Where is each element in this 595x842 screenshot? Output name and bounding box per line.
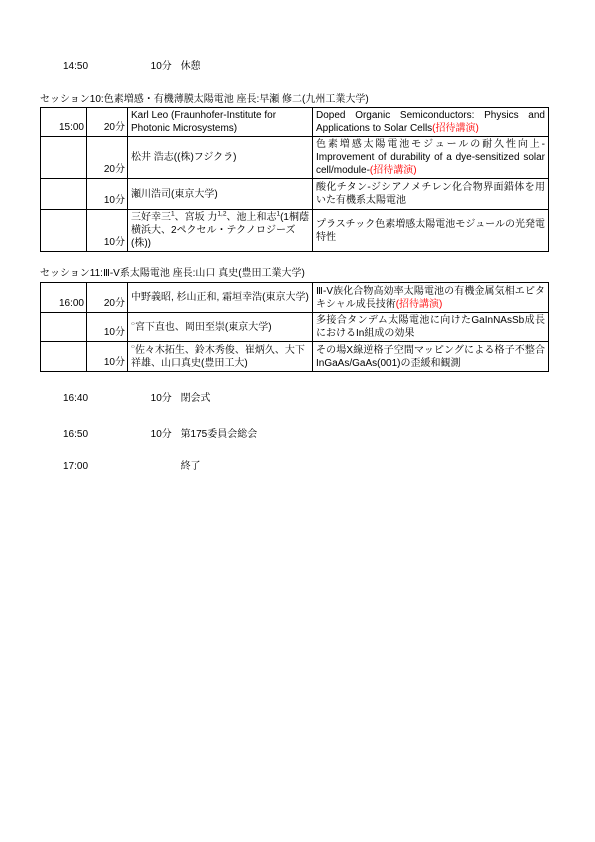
- invited-talk-tag: (招待講演): [370, 165, 417, 176]
- text-run: 、宮坂 力: [175, 212, 218, 223]
- text-run: 色素増感太陽電池モジュールの耐久性向上-Improvement of durab…: [316, 139, 545, 176]
- time-label: 17:00: [63, 461, 87, 473]
- event-label: 休憩: [181, 61, 201, 73]
- duration-cell: 10分: [87, 313, 128, 342]
- schedule-line-closing: 16:40 10分 閉会式: [63, 393, 211, 405]
- conference-program-page: 14:50 10分 休憩 セッション10:色素増感・有機薄膜太陽電池 座長:早瀬…: [0, 0, 595, 842]
- speaker-cell: ○宮下直也、岡田至崇(東京大学): [128, 313, 313, 342]
- talk-row: 10分 三好幸三1、宮坂 力1,2、池上和志1(1桐蔭横浜大、2ペクセル・テクノ…: [41, 210, 549, 252]
- time-cell: [41, 342, 87, 372]
- talk-row: 10分 瀬川浩司(東京大学) 酸化チタン-ジシアノメチレン化合物界面錯体を用いた…: [41, 179, 549, 210]
- talk-title-cell: Ⅲ-V族化合物高効率太陽電池の有機金属気相エピタキシャル成長技術(招待講演): [313, 283, 549, 313]
- session-10-table: 15:00 20分 Karl Leo (Fraunhofer-Institute…: [40, 107, 549, 252]
- text-run: 松井 浩志((株)フジクラ): [131, 152, 237, 163]
- speaker-cell: 松井 浩志((株)フジクラ): [128, 137, 313, 179]
- text-run: 宮下直也、岡田至崇(東京大学): [135, 322, 272, 333]
- time-label: 16:50: [63, 429, 87, 441]
- talk-title-cell: プラスチック色素増感太陽電池モジュールの光発電特性: [313, 210, 549, 252]
- text-run: Karl Leo (Fraunhofer-Institute for Photo…: [131, 110, 276, 134]
- schedule-line-end: 17:00 終了: [63, 461, 201, 473]
- text-run: 三好幸三: [131, 212, 171, 223]
- speaker-cell: 三好幸三1、宮坂 力1,2、池上和志1(1桐蔭横浜大、2ペクセル・テクノロジーズ…: [128, 210, 313, 252]
- text-run: 佐々木拓生、鈴木秀俊、崔炳久、大下祥雄、山口真史(豊田工大): [131, 345, 305, 369]
- event-label: 閉会式: [181, 393, 211, 405]
- speaker-cell: 中野義昭, 杉山正和, 霜垣幸浩(東京大学): [128, 283, 313, 313]
- time-label: 16:40: [63, 393, 87, 405]
- talk-title-cell: 色素増感太陽電池モジュールの耐久性向上-Improvement of durab…: [313, 137, 549, 179]
- speaker-cell: Karl Leo (Fraunhofer-Institute for Photo…: [128, 108, 313, 137]
- talk-title-cell: その場X線逆格子空間マッピングによる格子不整合InGaAs/GaAs(001)の…: [313, 342, 549, 372]
- duration-label: 10分: [90, 429, 172, 441]
- time-cell: [41, 210, 87, 252]
- invited-talk-tag: (招待講演): [396, 299, 443, 310]
- speaker-cell: ○佐々木拓生、鈴木秀俊、崔炳久、大下祥雄、山口真史(豊田工大): [128, 342, 313, 372]
- talk-row: 16:00 20分 中野義昭, 杉山正和, 霜垣幸浩(東京大学) Ⅲ-V族化合物…: [41, 283, 549, 313]
- text-run: 酸化チタン-ジシアノメチレン化合物界面錯体を用いた有機系太陽電池: [316, 182, 545, 206]
- event-label: 第175委員会総会: [181, 429, 258, 441]
- duration-cell: 10分: [87, 342, 128, 372]
- session-11-header: セッション11:Ⅲ-V系太陽電池 座長:山口 真史(豊田工業大学): [40, 268, 305, 280]
- time-cell: 15:00: [41, 108, 87, 137]
- session-10-table-wrap: 15:00 20分 Karl Leo (Fraunhofer-Institute…: [40, 107, 549, 252]
- talk-row: 20分 松井 浩志((株)フジクラ) 色素増感太陽電池モジュールの耐久性向上-I…: [41, 137, 549, 179]
- session-10-header: セッション10:色素増感・有機薄膜太陽電池 座長:早瀬 修二(九州工業大学): [40, 94, 369, 106]
- text-run: 中野義昭, 杉山正和, 霜垣幸浩(東京大学): [131, 292, 309, 303]
- invited-talk-tag: (招待講演): [432, 123, 479, 134]
- session-11-table: 16:00 20分 中野義昭, 杉山正和, 霜垣幸浩(東京大学) Ⅲ-V族化合物…: [40, 282, 549, 372]
- text-run: プラスチック色素増感太陽電池モジュールの光発電特性: [316, 219, 545, 243]
- schedule-line-committee: 16:50 10分 第175委員会総会: [63, 429, 257, 441]
- session-11-table-wrap: 16:00 20分 中野義昭, 杉山正和, 霜垣幸浩(東京大学) Ⅲ-V族化合物…: [40, 282, 549, 372]
- duration-cell: 20分: [87, 108, 128, 137]
- speaker-cell: 瀬川浩司(東京大学): [128, 179, 313, 210]
- schedule-line-break: 14:50 10分 休憩: [63, 61, 201, 73]
- text-run: その場X線逆格子空間マッピングによる格子不整合InGaAs/GaAs(001)の…: [316, 345, 545, 369]
- duration-cell: 10分: [87, 210, 128, 252]
- text-run: 多接合タンデム太陽電池に向けたGaInNAsSb成長におけるIn組成の効果: [316, 315, 545, 339]
- talk-row: 15:00 20分 Karl Leo (Fraunhofer-Institute…: [41, 108, 549, 137]
- talk-title-cell: 酸化チタン-ジシアノメチレン化合物界面錯体を用いた有機系太陽電池: [313, 179, 549, 210]
- time-cell: [41, 313, 87, 342]
- time-cell: [41, 137, 87, 179]
- time-cell: [41, 179, 87, 210]
- time-label: 14:50: [63, 61, 87, 73]
- duration-label: 10分: [90, 393, 172, 405]
- text-run: Doped Organic Semiconductors: Physics an…: [316, 110, 545, 134]
- text-run: 瀬川浩司(東京大学): [131, 189, 218, 200]
- talk-title-cell: 多接合タンデム太陽電池に向けたGaInNAsSb成長におけるIn組成の効果: [313, 313, 549, 342]
- talk-row: 10分 ○宮下直也、岡田至崇(東京大学) 多接合タンデム太陽電池に向けたGaIn…: [41, 313, 549, 342]
- duration-cell: 20分: [87, 283, 128, 313]
- time-cell: 16:00: [41, 283, 87, 313]
- event-label: 終了: [181, 461, 201, 473]
- text-run: 、池上和志: [226, 212, 276, 223]
- talk-row: 10分 ○佐々木拓生、鈴木秀俊、崔炳久、大下祥雄、山口真史(豊田工大) その場X…: [41, 342, 549, 372]
- duration-cell: 20分: [87, 137, 128, 179]
- duration-cell: 10分: [87, 179, 128, 210]
- duration-label: 10分: [90, 61, 172, 73]
- talk-title-cell: Doped Organic Semiconductors: Physics an…: [313, 108, 549, 137]
